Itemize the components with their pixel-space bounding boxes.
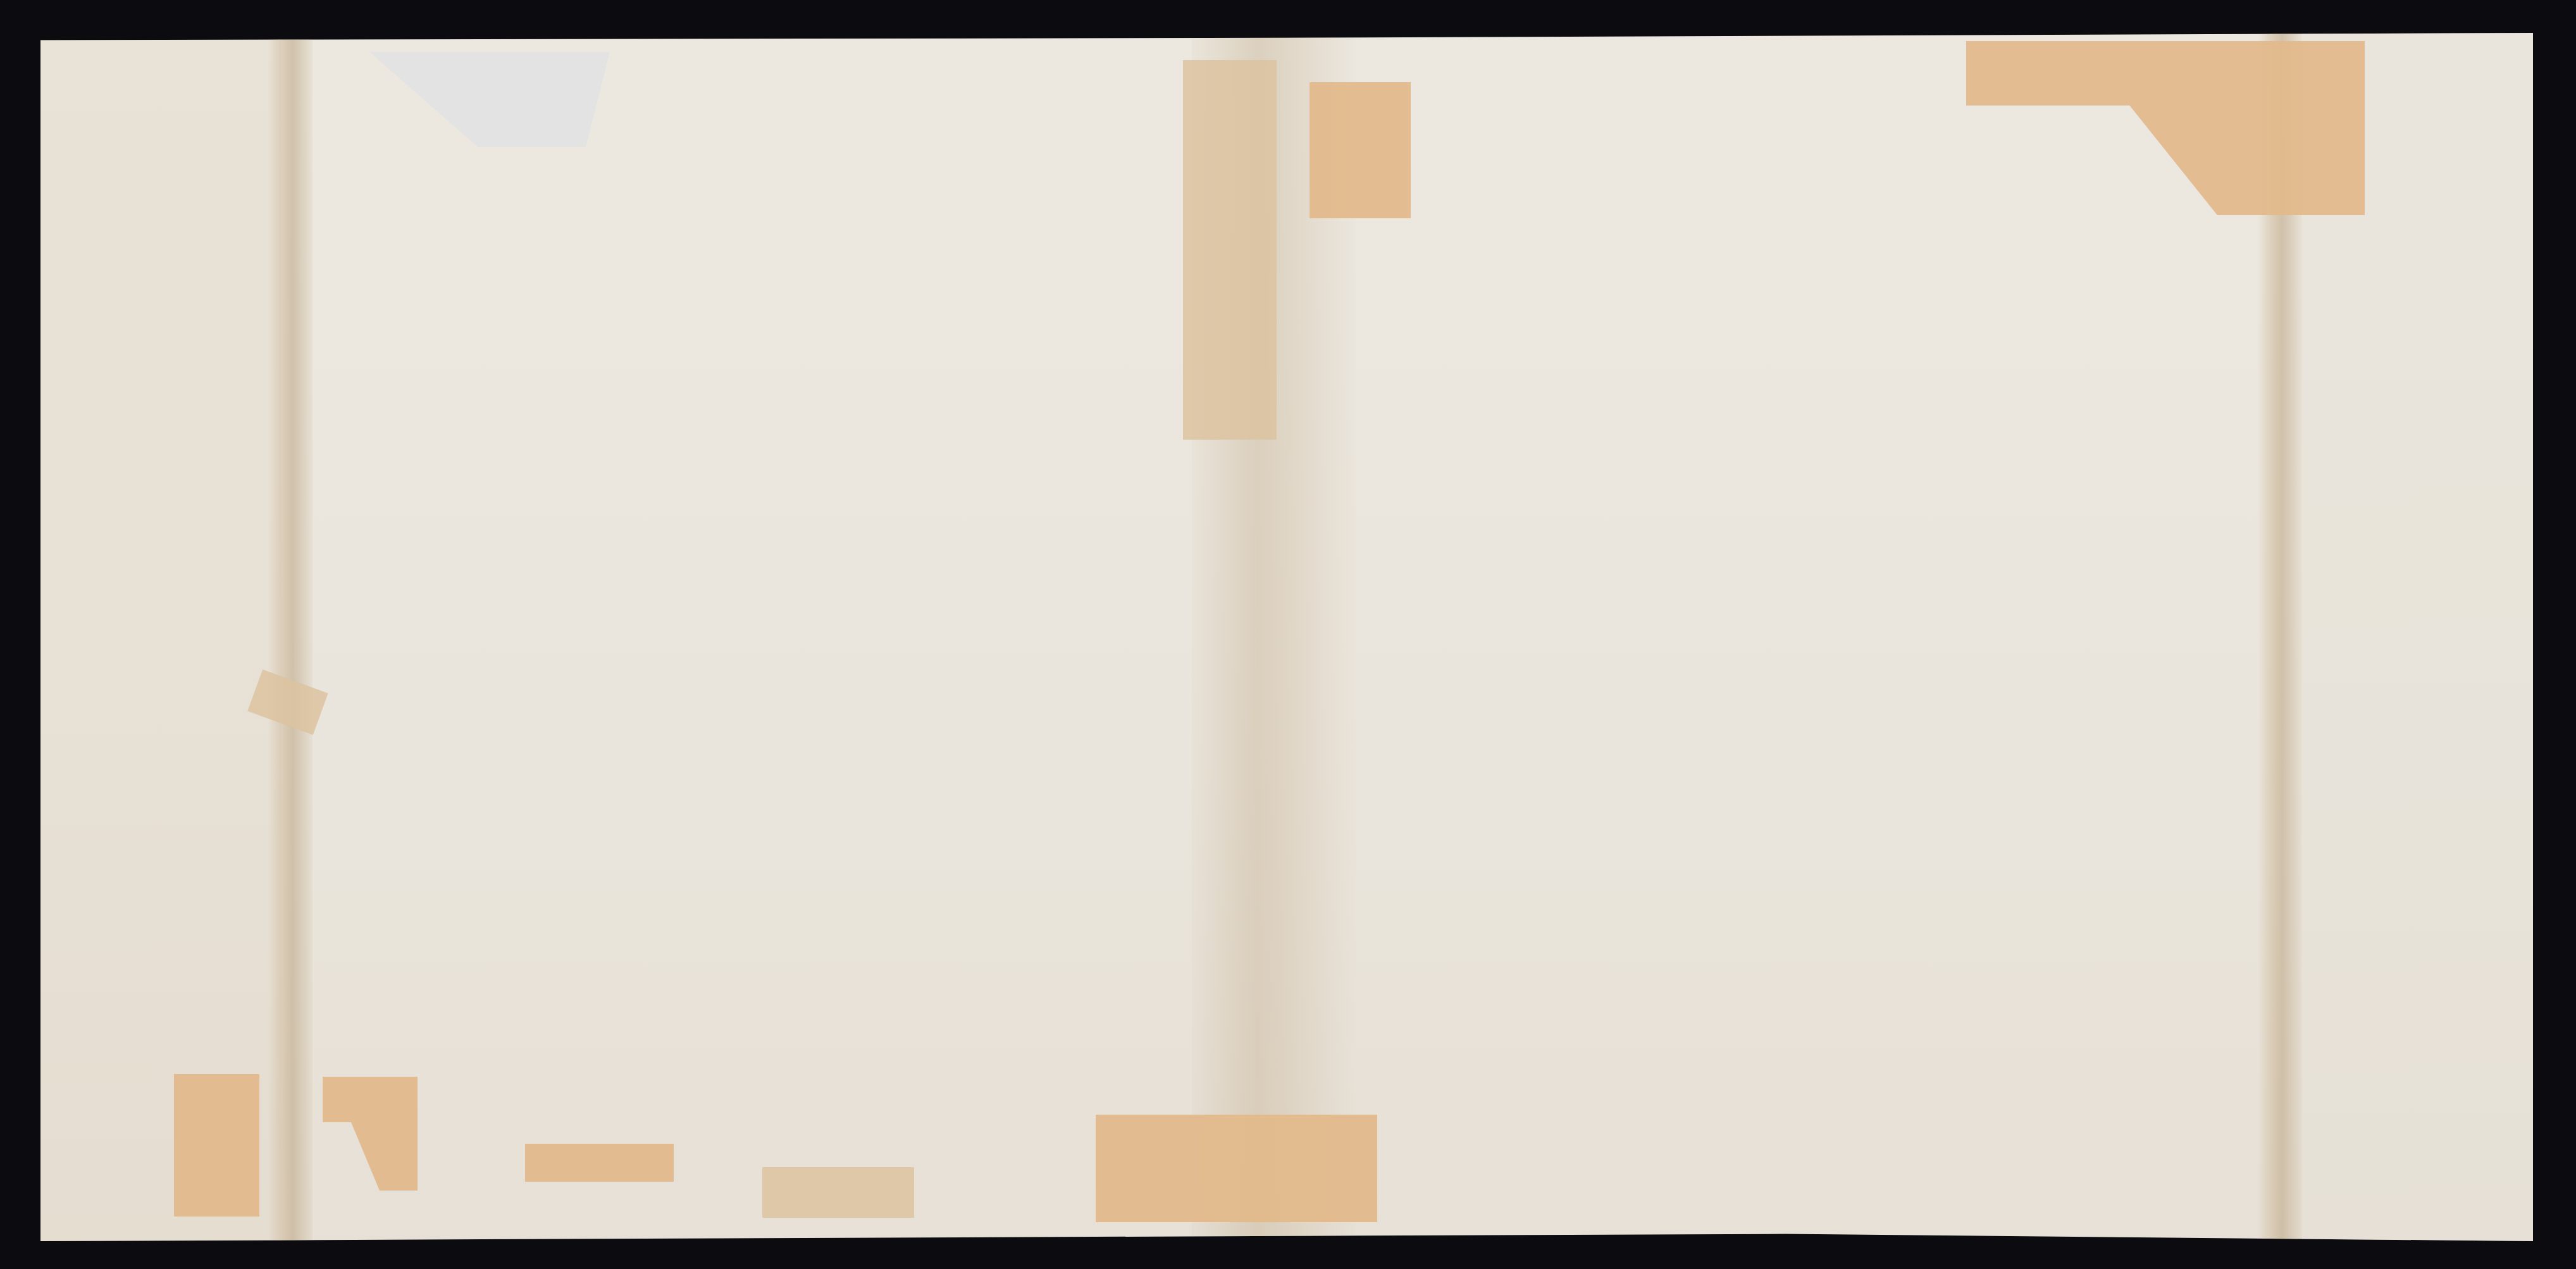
tape-top-center-right	[1310, 82, 1411, 218]
tape-top-right-corner	[1966, 41, 2365, 215]
tape-bottom-mid-b	[762, 1167, 914, 1218]
paper-sheet	[40, 33, 2533, 1241]
torn-paper-patch	[369, 52, 610, 147]
left-flap-panel	[40, 33, 282, 1241]
tape-bottom-left-b	[323, 1077, 418, 1191]
tape-bottom-center	[1096, 1115, 1377, 1222]
tape-bottom-mid-a	[525, 1144, 674, 1182]
tape-top-center-left	[1183, 60, 1277, 440]
tape-bottom-left-a	[174, 1074, 259, 1216]
left-fold-line	[268, 33, 313, 1241]
